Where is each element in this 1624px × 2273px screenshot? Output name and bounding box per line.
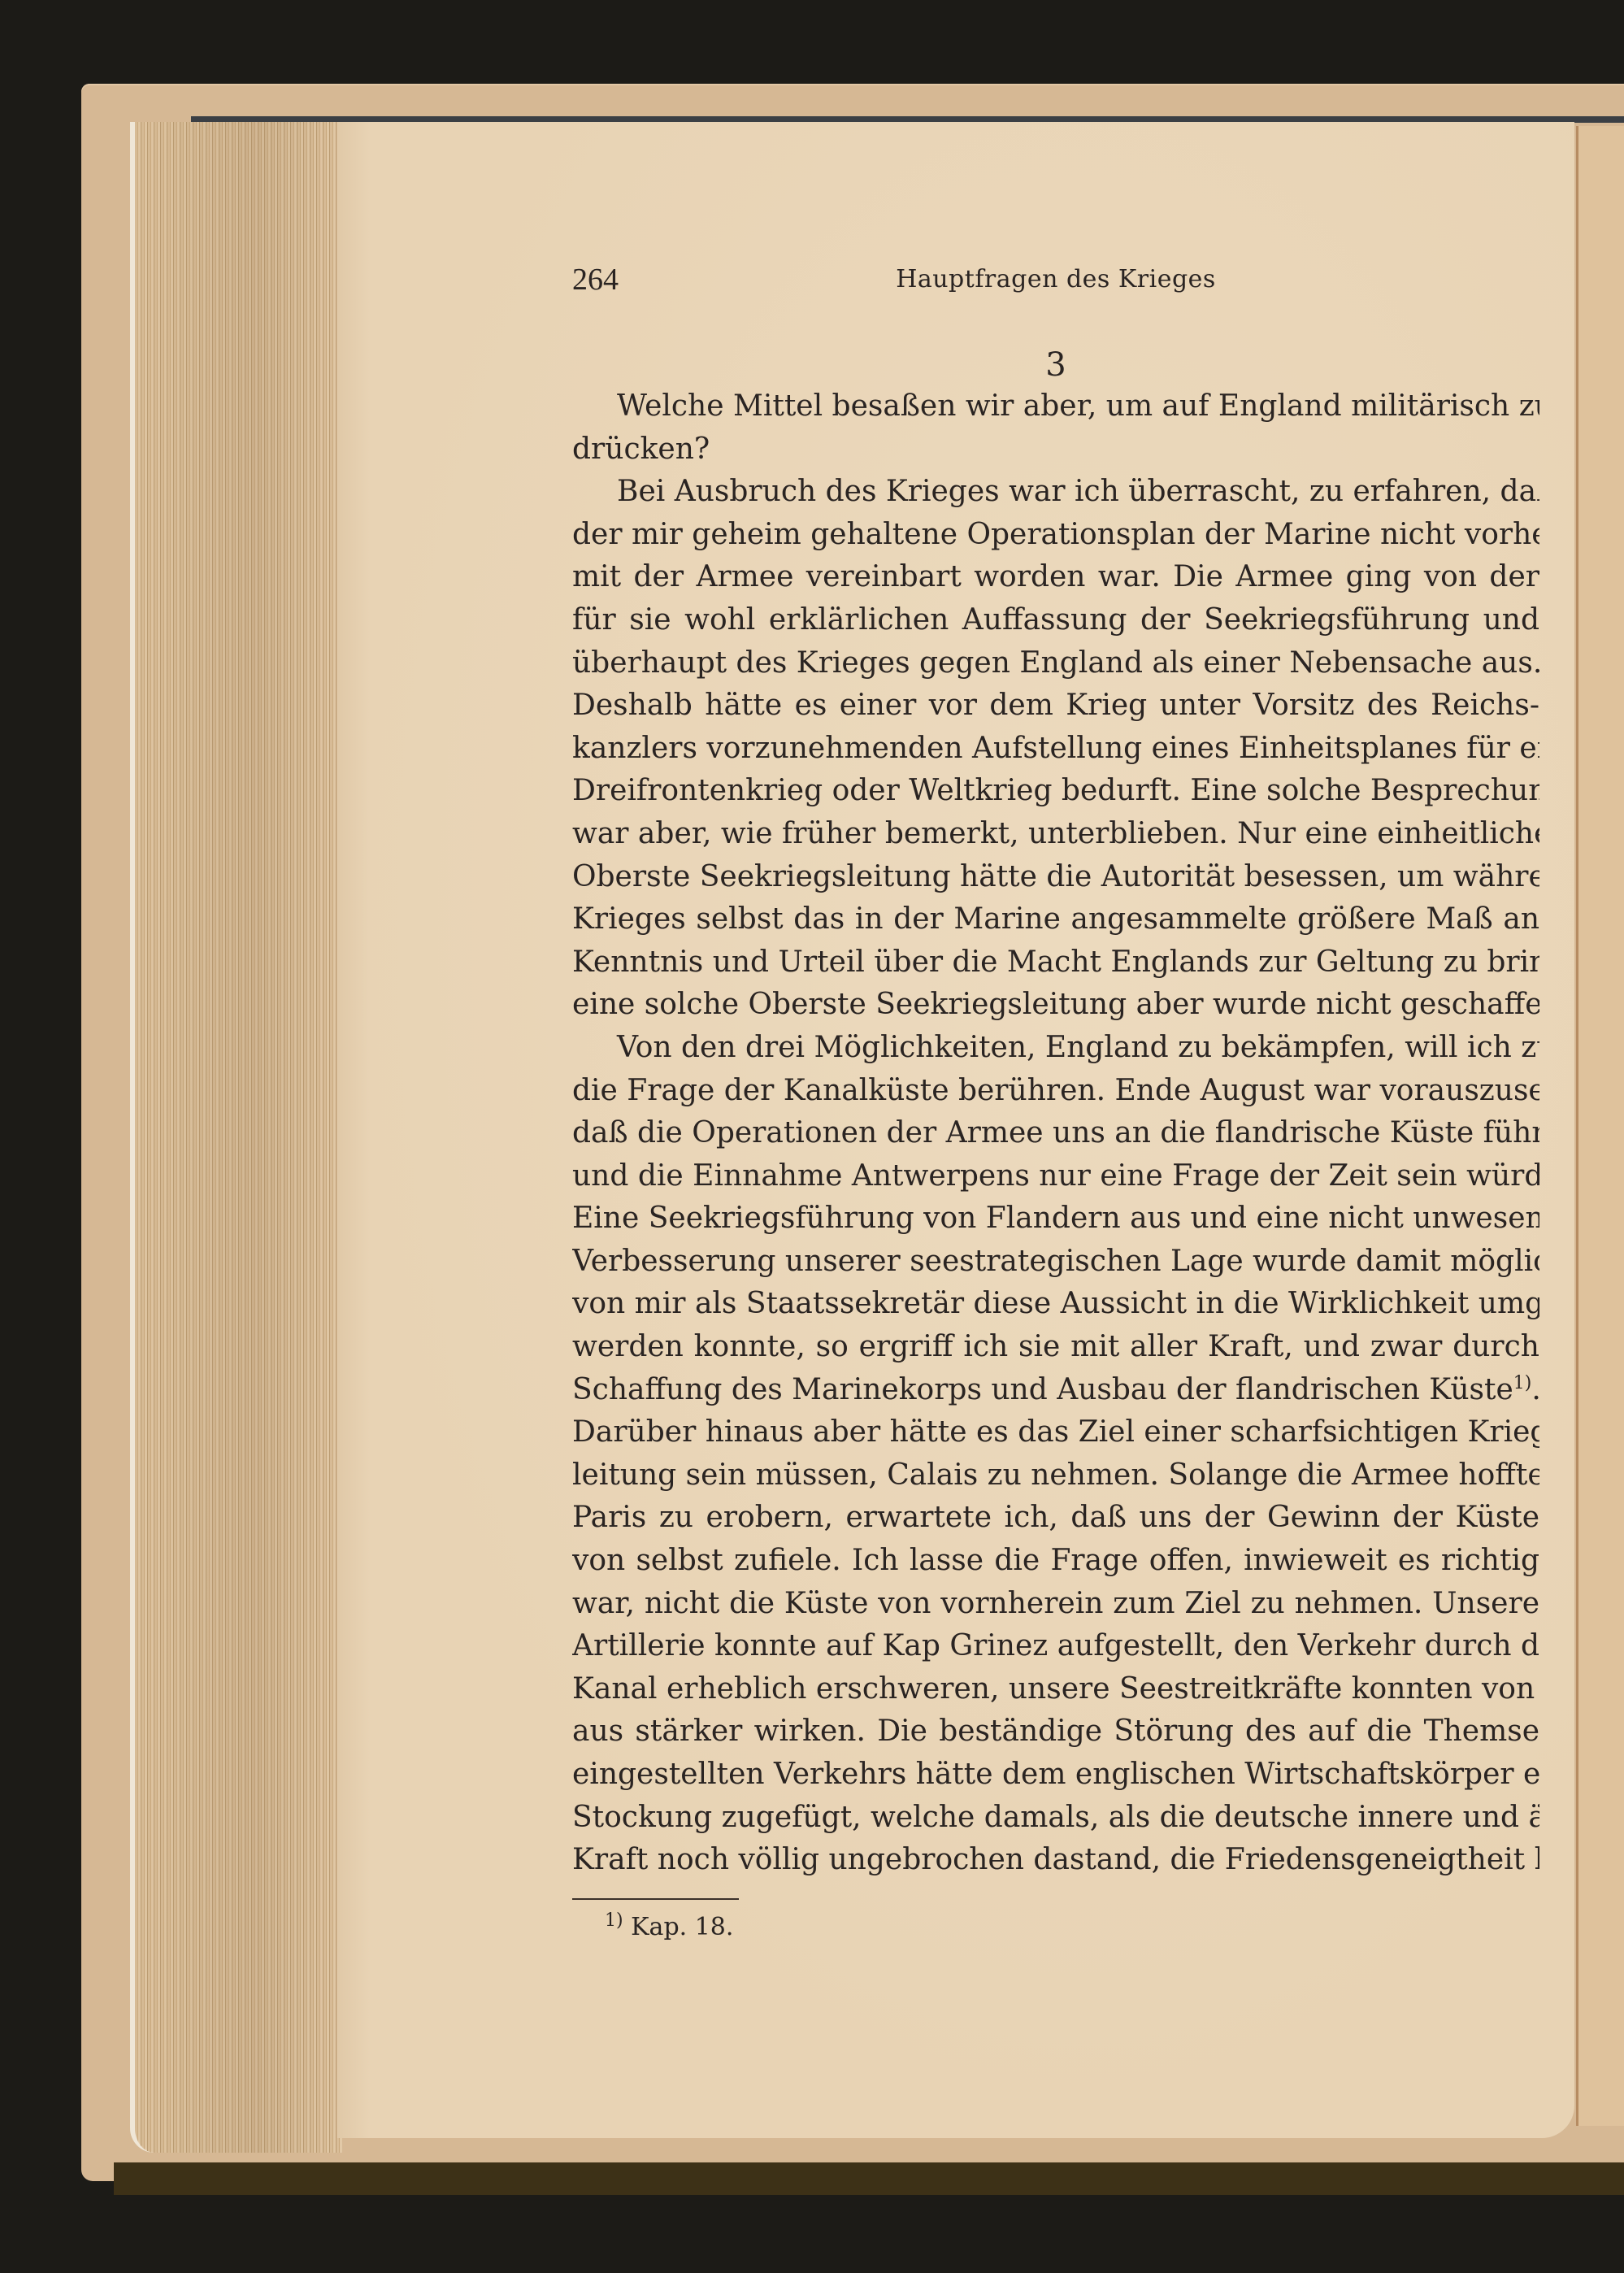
text-line: Dreifrontenkrieg oder Weltkrieg bedurft.… [572, 770, 1539, 813]
text-line: war, nicht die Küste von vornherein zum … [572, 1583, 1539, 1626]
text-line: Stockung zugefügt, welche damals, als di… [572, 1797, 1539, 1840]
text-line-with-footnote: Schaffung des Marinekorps und Ausbau der… [572, 1369, 1539, 1412]
text-line: Kraft noch völlig ungebrochen dastand, d… [572, 1839, 1539, 1882]
footnote: 1) Kap. 18. [572, 1913, 1539, 1941]
text-line: für sie wohl erklärlichen Auffassung der… [572, 599, 1539, 642]
book-bottom-shadow [114, 2162, 1624, 2195]
text-line: war aber, wie früher bemerkt, unterblieb… [572, 813, 1539, 856]
text-line: aus stärker wirken. Die beständige Störu… [572, 1710, 1539, 1754]
text-line: mit der Armee vereinbart worden war. Die… [572, 556, 1539, 599]
text-line: kanzlers vorzunehmenden Aufstellung eine… [572, 728, 1539, 771]
text-line: daß die Operationen der Armee uns an die… [572, 1112, 1539, 1155]
text-line: Kanal erheblich erschweren, unsere Seest… [572, 1668, 1539, 1711]
section-number: 3 [572, 345, 1539, 385]
running-head: 264 Hauptfragen des Krieges [572, 262, 1539, 311]
paragraph-1: Welche Mittel besaßen wir aber, um auf E… [572, 385, 1539, 471]
text-line: drücken? [572, 428, 1539, 472]
text-line: Verbesserung unserer seestrategischen La… [572, 1241, 1539, 1284]
paragraph-3: Von den drei Möglichkeiten, England zu b… [572, 1027, 1539, 1882]
running-head-title: Hauptfragen des Krieges [572, 265, 1539, 293]
footnote-text: Kap. 18. [631, 1913, 733, 1941]
footnote-reference[interactable]: 1) [1513, 1373, 1532, 1393]
text-line: eine solche Oberste Seekriegsleitung abe… [572, 984, 1539, 1027]
text-line: Welche Mittel besaßen wir aber, um auf E… [572, 385, 1539, 428]
text-line: und die Einnahme Antwerpens nur eine Fra… [572, 1155, 1539, 1198]
text-line: Darüber hinaus aber hätte es das Ziel ei… [572, 1411, 1539, 1454]
text-line: Bei Ausbruch des Krieges war ich überras… [572, 471, 1539, 514]
text-line: Von den drei Möglichkeiten, England zu b… [572, 1027, 1539, 1070]
text-line: werden konnte, so ergriff ich sie mit al… [572, 1326, 1539, 1369]
text-line: Artillerie konnte auf Kap Grinez aufgest… [572, 1625, 1539, 1668]
text-line: Kenntnis und Urteil über die Macht Engla… [572, 941, 1539, 984]
text-line: von selbst zufiele. Ich lasse die Frage … [572, 1540, 1539, 1583]
text-line: Paris zu erobern, erwartete ich, daß uns… [572, 1497, 1539, 1540]
text-line: von mir als Staatssekretär diese Aussich… [572, 1283, 1539, 1326]
page-edge-shading [135, 122, 337, 2153]
text-line: die Frage der Kanalküste berühren. Ende … [572, 1070, 1539, 1113]
next-page-edge [1576, 126, 1624, 2126]
text-line: Oberste Seekriegsleitung hätte die Autor… [572, 856, 1539, 899]
text-line: der mir geheim gehaltene Operationsplan … [572, 514, 1539, 557]
footnote-rule [572, 1898, 739, 1900]
text-line: leitung sein müssen, Calais zu nehmen. S… [572, 1454, 1539, 1497]
page-text-block: 264 Hauptfragen des Krieges 3 Welche Mit… [572, 262, 1539, 1941]
text-line: Eine Seekriegsführung von Flandern aus u… [572, 1197, 1539, 1241]
footnote-ref-close: . [1531, 1373, 1539, 1406]
paragraph-2: Bei Ausbruch des Krieges war ich überras… [572, 471, 1539, 1027]
text-line-content: Schaffung des Marinekorps und Ausbau der… [572, 1373, 1513, 1406]
text-line: Deshalb hätte es einer vor dem Krieg unt… [572, 685, 1539, 728]
text-line: überhaupt des Krieges gegen England als … [572, 642, 1539, 685]
footnote-marker: 1) [605, 1910, 623, 1931]
text-line: eingestellten Verkehrs hätte dem englisc… [572, 1754, 1539, 1797]
body-text: Welche Mittel besaßen wir aber, um auf E… [572, 385, 1539, 1882]
text-line: Krieges selbst das in der Marine angesam… [572, 898, 1539, 941]
